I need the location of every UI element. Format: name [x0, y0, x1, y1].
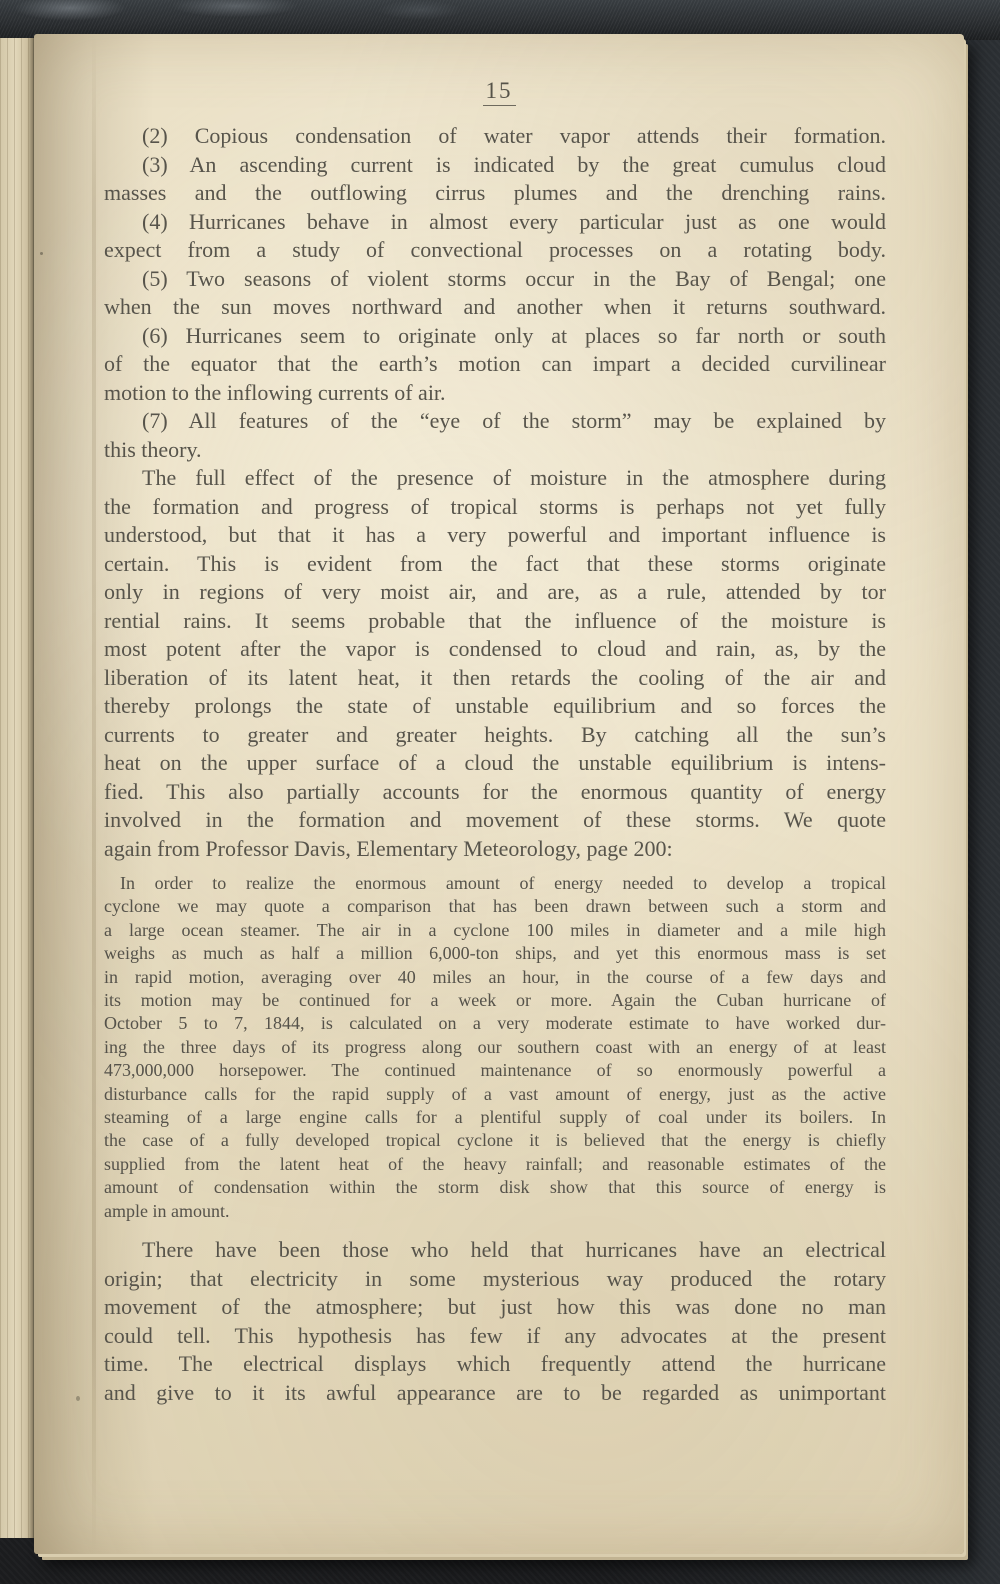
page-crease — [92, 34, 96, 1554]
text-line: movement of the atmosphere; but just how… — [104, 1293, 886, 1322]
text-line: could tell. This hypothesis has few if a… — [104, 1322, 886, 1351]
text-line: cyclone we may quote a comparison that h… — [104, 895, 886, 918]
text-line: currents to greater and greater heights.… — [104, 721, 886, 750]
text-line: time. The electrical displays which freq… — [104, 1350, 886, 1379]
text-line: (7) All features of the “eye of the stor… — [104, 407, 886, 436]
text-line: There have been those who held that hurr… — [104, 1236, 886, 1265]
page-number: 15 — [34, 78, 964, 106]
paragraph: (4) Hurricanes behave in almost every pa… — [104, 208, 886, 265]
text-line: masses and the outflowing cirrus plumes … — [104, 179, 886, 208]
text-line: in rapid motion, averaging over 40 miles… — [104, 966, 886, 989]
scanned-page: 15 (2) Copious condensation of water vap… — [34, 34, 964, 1554]
text-line: (6) Hurricanes seem to originate only at… — [104, 322, 886, 351]
text-line: and give to it its awful appearance are … — [104, 1379, 886, 1408]
paragraph: (2) Copious condensation of water vapor … — [104, 122, 886, 151]
text-line: only in regions of very moist air, and a… — [104, 578, 886, 607]
text-line: when the sun moves northward and another… — [104, 293, 886, 322]
text-line: disturbance calls for the rapid supply o… — [104, 1083, 886, 1106]
book-cover: 15 (2) Copious condensation of water vap… — [0, 0, 1000, 1584]
text-line: most potent after the vapor is condensed… — [104, 635, 886, 664]
text-line: (4) Hurricanes behave in almost every pa… — [104, 208, 886, 237]
text-line: motion to the inflowing currents of air. — [104, 379, 886, 408]
text-line: (5) Two seasons of violent storms occur … — [104, 265, 886, 294]
text-line: ample in amount. — [104, 1200, 886, 1223]
paragraph: (3) An ascending current is indicated by… — [104, 151, 886, 208]
text-line: supplied from the latent heat of the hea… — [104, 1153, 886, 1176]
text-line: thereby prolongs the state of unstable e… — [104, 692, 886, 721]
text-line: certain. This is evident from the fact t… — [104, 550, 886, 579]
text-line: of the equator that the earth’s motion c… — [104, 350, 886, 379]
text-line: involved in the formation and movement o… — [104, 806, 886, 835]
paragraph: (6) Hurricanes seem to originate only at… — [104, 322, 886, 408]
text-line: ing the three days of its progress along… — [104, 1036, 886, 1059]
text-line: its motion may be continued for a week o… — [104, 989, 886, 1012]
text-line: understood, but that it has a very power… — [104, 521, 886, 550]
text-line: rential rains. It seems probable that th… — [104, 607, 886, 636]
text-line: the case of a fully developed tropical c… — [104, 1129, 886, 1152]
paragraph: The full effect of the presence of moist… — [104, 464, 886, 863]
paragraph: (7) All features of the “eye of the stor… — [104, 407, 886, 464]
text-line: amount of condensation within the storm … — [104, 1176, 886, 1199]
text-line: expect from a study of convectional proc… — [104, 236, 886, 265]
text-line: In order to realize the enormous amount … — [104, 872, 886, 895]
paragraph: There have been those who held that hurr… — [104, 1236, 886, 1407]
text-column: (2) Copious condensation of water vapor … — [104, 122, 886, 1407]
ink-speck — [40, 252, 43, 255]
text-line: heat on the upper surface of a cloud the… — [104, 749, 886, 778]
text-line: liberation of its latent heat, it then r… — [104, 664, 886, 693]
text-line: (2) Copious condensation of water vapor … — [104, 122, 886, 151]
text-line: 473,000,000 horsepower. The continued ma… — [104, 1059, 886, 1082]
text-line: weighs as much as half a million 6,000-t… — [104, 942, 886, 965]
paragraph: (5) Two seasons of violent storms occur … — [104, 265, 886, 322]
text-line: this theory. — [104, 436, 886, 465]
text-line: fied. This also partially accounts for t… — [104, 778, 886, 807]
text-line: a large ocean steamer. The air in a cycl… — [104, 919, 886, 942]
text-line: (3) An ascending current is indicated by… — [104, 151, 886, 180]
ink-speck — [76, 1396, 80, 1401]
text-line: The full effect of the presence of moist… — [104, 464, 886, 493]
text-line: steaming of a large engine calls for a p… — [104, 1106, 886, 1129]
text-line: origin; that electricity in some mysteri… — [104, 1265, 886, 1294]
text-line: October 5 to 7, 1844, is calculated on a… — [104, 1012, 886, 1035]
text-line: the formation and progress of tropical s… — [104, 493, 886, 522]
text-line: again from Professor Davis, Elementary M… — [104, 835, 886, 864]
paragraph: In order to realize the enormous amount … — [104, 872, 886, 1223]
left-page-stack — [0, 38, 34, 1538]
